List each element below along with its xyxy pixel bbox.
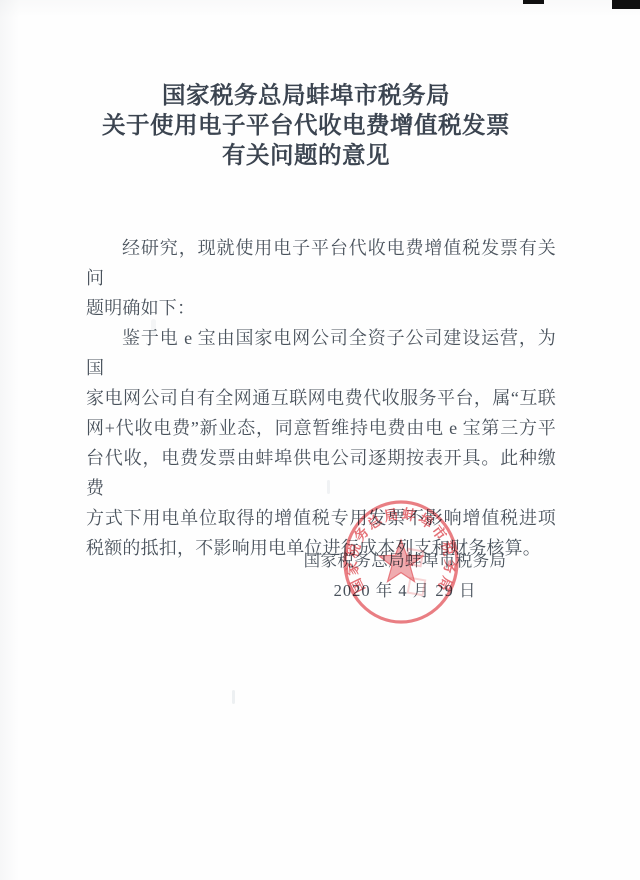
scan-artifact-top <box>523 0 544 4</box>
title-line-3: 有关问题的意见 <box>0 140 612 170</box>
body-line: 鉴于电 e 宝由国家电网公司全资子公司建设运营，为国 <box>86 323 556 383</box>
scan-artifact-corner <box>612 0 640 9</box>
body-line: 经研究，现就使用电子平台代收电费增值税发票有关问 <box>86 233 556 293</box>
body-line: 题明确如下： <box>86 293 556 323</box>
scanned-document-page: 国家税务总局蚌埠市税务局 关于使用电子平台代收电费增值税发票 有关问题的意见 经… <box>0 0 640 880</box>
document-title: 国家税务总局蚌埠市税务局 关于使用电子平台代收电费增值税发票 有关问题的意见 <box>0 80 612 170</box>
body-line: 台代收，电费发票由蚌埠供电公司逐期按表开具。此种缴费 <box>86 443 556 503</box>
title-line-1: 国家税务总局蚌埠市税务局 <box>0 80 612 110</box>
seal-double-strike-mark <box>407 577 427 597</box>
body-line: 家电网公司自有全网通互联网电费代收服务平台，属“互联 <box>86 383 556 413</box>
official-seal: 国家税务总局蚌埠市税务局 <box>340 499 462 627</box>
scan-noise-speck <box>232 690 235 704</box>
body-line: 网+代收电费”新业态，同意暂维持电费由电 e 宝第三方平 <box>86 413 556 443</box>
body-line: 方式下用电单位取得的增值税专用发票不影响增值税进项 <box>86 503 556 533</box>
title-line-2: 关于使用电子平台代收电费增值税发票 <box>0 110 612 140</box>
document-body: 经研究，现就使用电子平台代收电费增值税发票有关问 题明确如下： 鉴于电 e 宝由… <box>86 233 556 563</box>
seal-double-strike-mark <box>405 548 425 568</box>
